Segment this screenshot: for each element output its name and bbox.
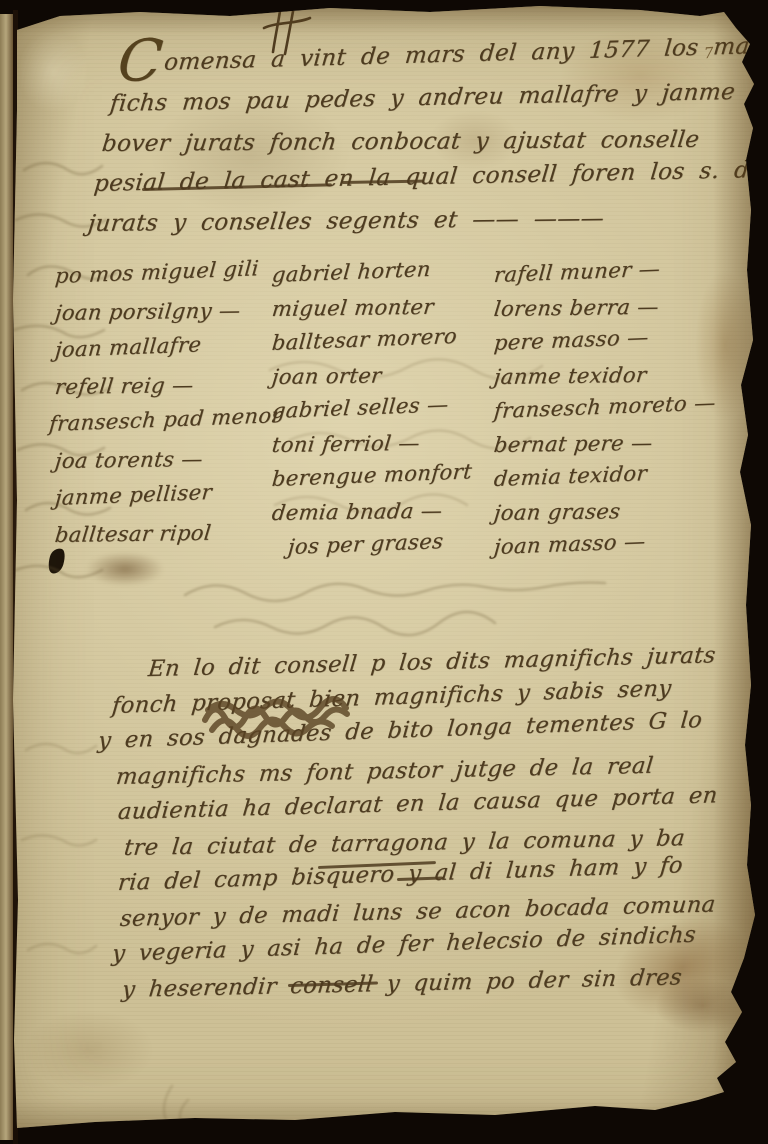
attendee-name: gabriel selles — (271, 386, 474, 428)
attendee-name: po mos miguel gili (53, 249, 283, 295)
manuscript-page: 7 Comensa a vint de mars del any 1577 lo… (0, 0, 768, 1144)
paper-chip (18, 32, 88, 112)
attendee-name: fransesch pad menor (47, 397, 283, 443)
attendee-name: rafell muner — (493, 250, 718, 292)
manuscript-line: jurats y conselles segents et —— ——— (86, 197, 768, 244)
attendee-name: balltesar morero (271, 318, 474, 360)
attendee-name: jos per grases (287, 523, 474, 564)
page-edge-shading (713, 0, 768, 1144)
attendee-name: demia texidor (493, 454, 718, 496)
attendee-column-2: gabriel horten miguel monter balltesar m… (272, 258, 471, 564)
attendee-column-3: rafell muner — lorens berra — pere masso… (494, 258, 715, 564)
opening-paragraph: Comensa a vint de mars del any 1577 los … (118, 44, 768, 244)
attendee-name: pere masso — (493, 318, 718, 360)
ink-stain (24, 1010, 154, 1090)
bottom-edge-mark (142, 1082, 192, 1137)
attendee-name: joan masso — (493, 522, 718, 564)
attendee-name: janme pelliser (53, 471, 283, 517)
attendee-name: berengue monfort (271, 454, 474, 496)
attendee-name: gabriel horten (271, 250, 474, 292)
attendee-column-1: po mos miguel gili joan porsilgny — joan… (55, 258, 281, 554)
attendee-name: balltesar ripol (53, 514, 283, 554)
ink-scribble (200, 694, 355, 742)
bleedthrough-squiggles-lower-left (14, 720, 104, 1020)
scan-background: 7 Comensa a vint de mars del any 1577 lo… (0, 0, 768, 1144)
attendee-name: fransesch moreto — (493, 386, 718, 428)
attendee-name: joan mallafre (53, 323, 283, 369)
